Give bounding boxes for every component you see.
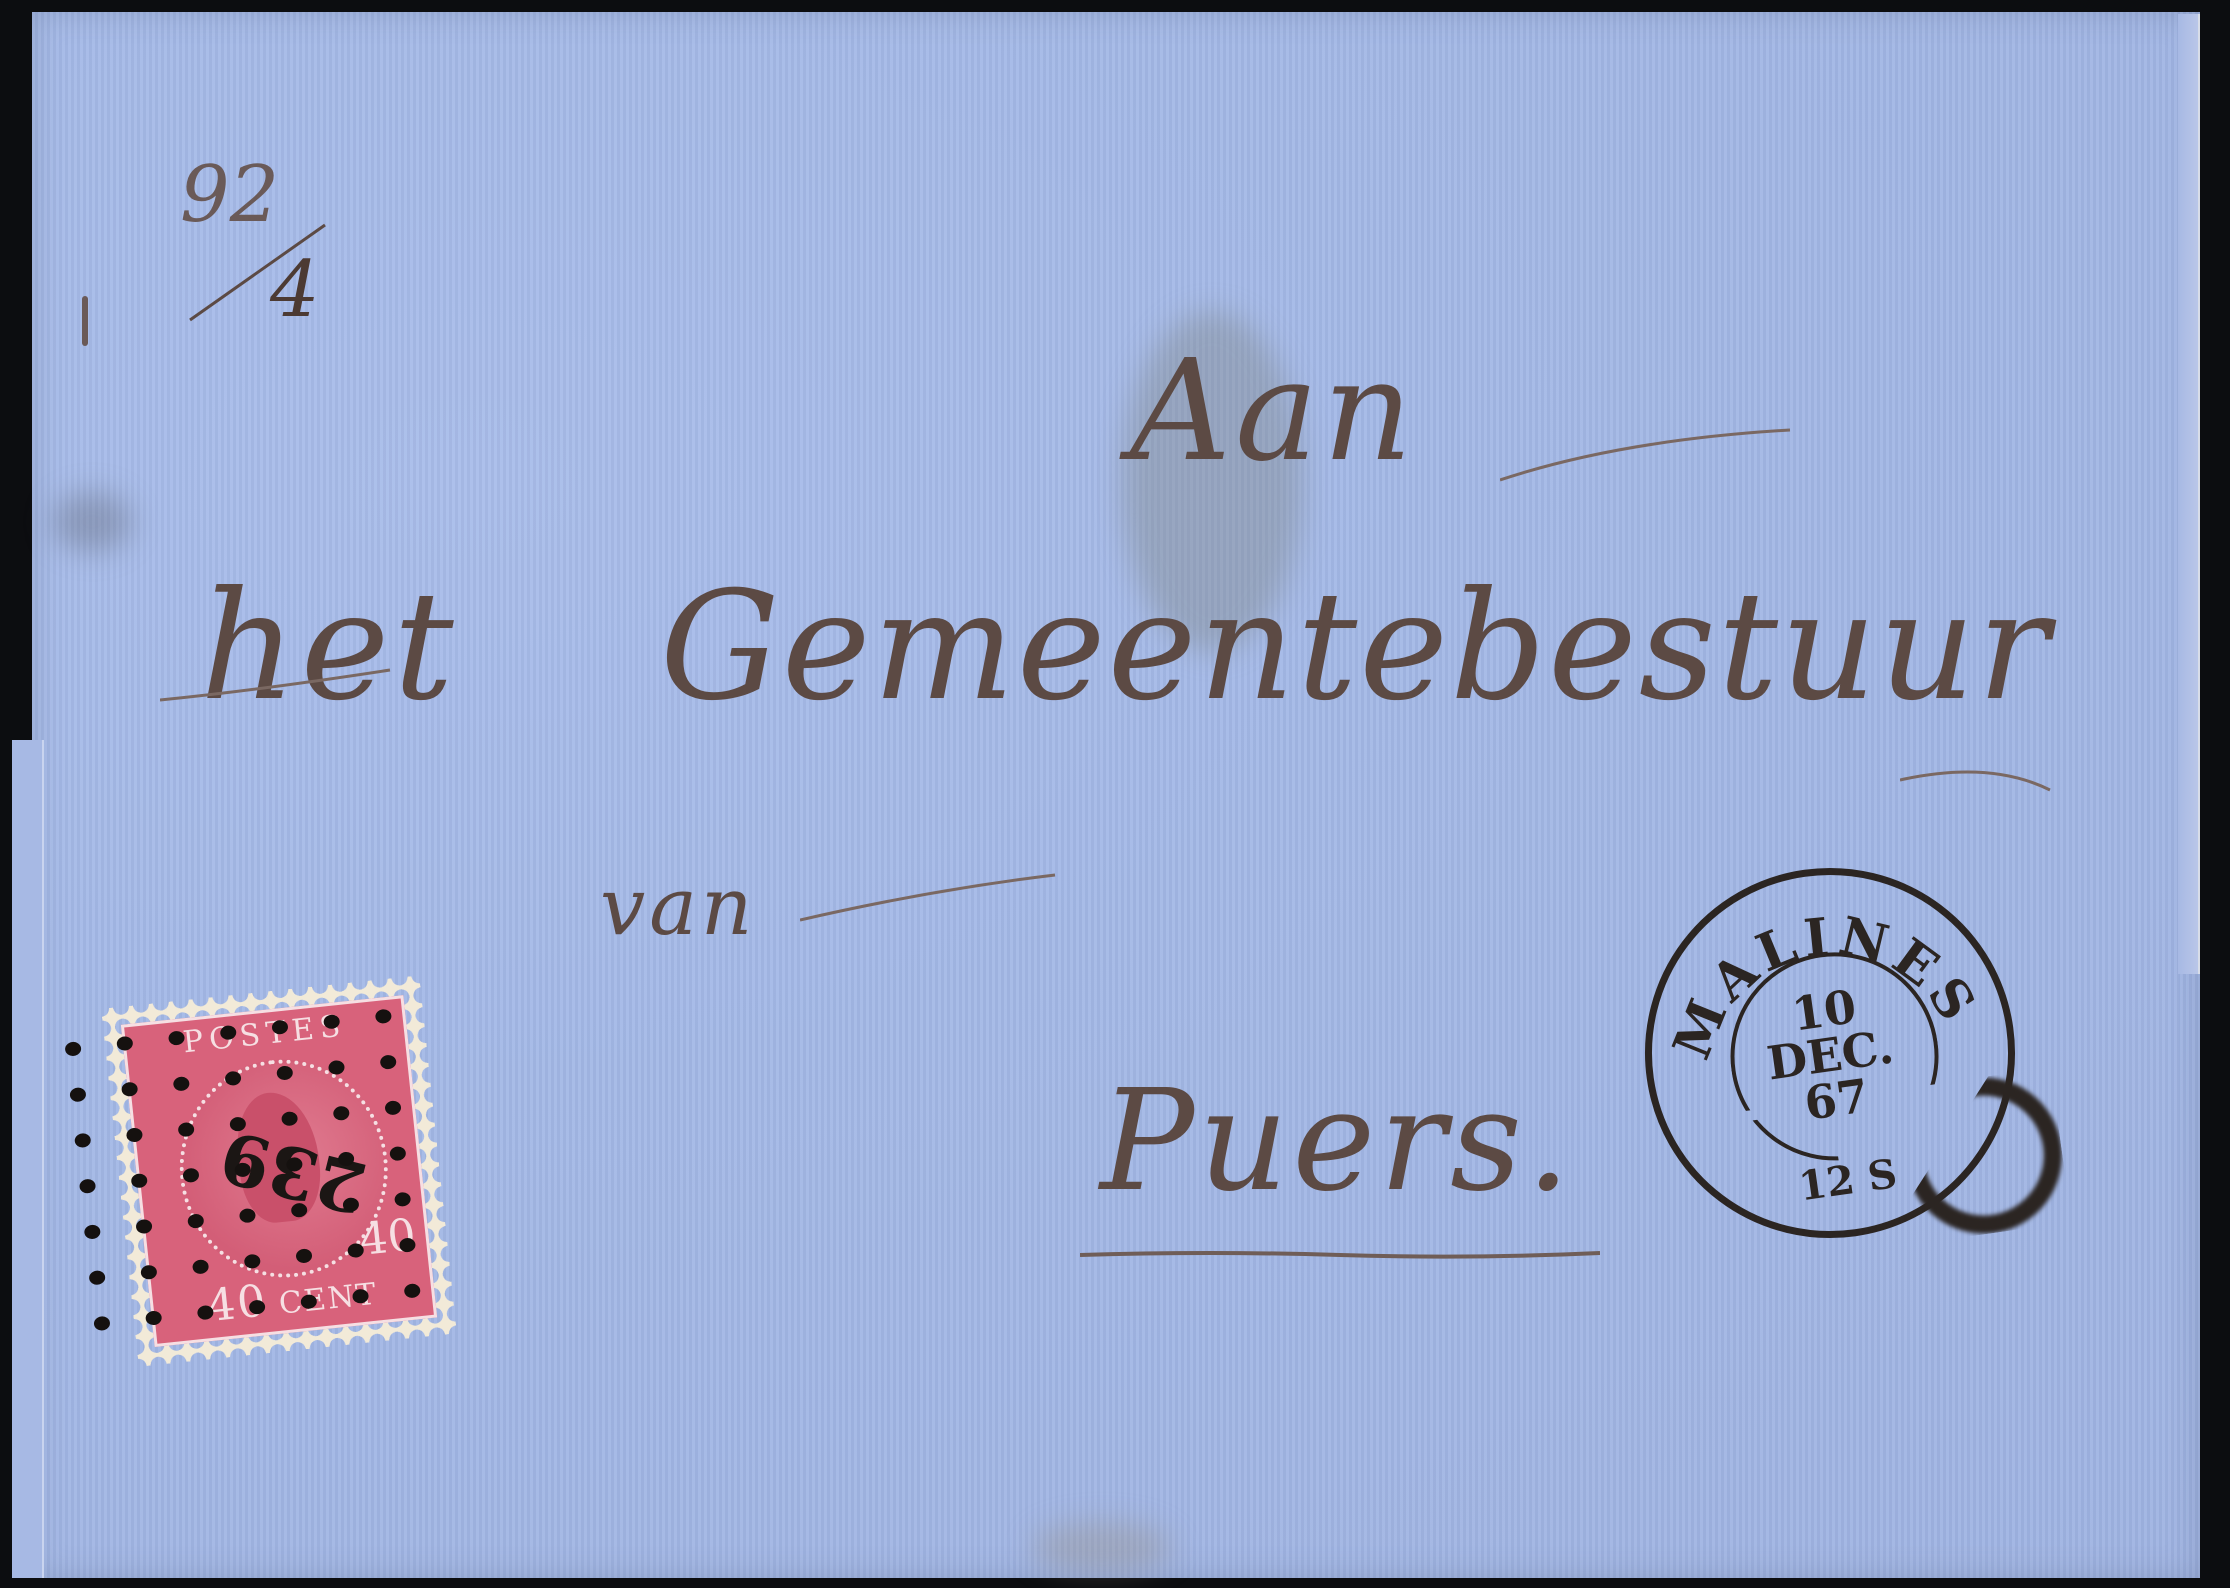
bottom-stain: [1032, 1522, 1172, 1572]
docket-bottom: 4: [270, 245, 320, 335]
address-line-puers: Puers.: [1100, 1060, 1575, 1223]
docket-notation: 92 4: [170, 150, 370, 350]
address-line-van: van: [600, 860, 756, 953]
stamp-face: POSTES 40 40 CENT 239: [121, 995, 437, 1347]
aan-flourish: [1500, 420, 1800, 500]
address-line-gemeentebestuur: Gemeentebestuur: [660, 560, 2051, 734]
right-fold-edge: [2178, 14, 2200, 974]
ink-mark: [82, 296, 88, 346]
het-flourish: [160, 660, 460, 720]
postage-stamp: POSTES 40 40 CENT 239: [101, 973, 479, 1386]
gemeentebestuur-flourish: [1900, 750, 2060, 810]
puers-underline: [1080, 1245, 1600, 1265]
left-flap-edge: [12, 740, 44, 1578]
corner-stain: [52, 492, 132, 552]
postmark: MALINES 10 DEC. 67 12 S: [1621, 844, 2039, 1262]
van-flourish: [800, 870, 1060, 930]
address-line-aan: Aan: [1130, 330, 1417, 493]
